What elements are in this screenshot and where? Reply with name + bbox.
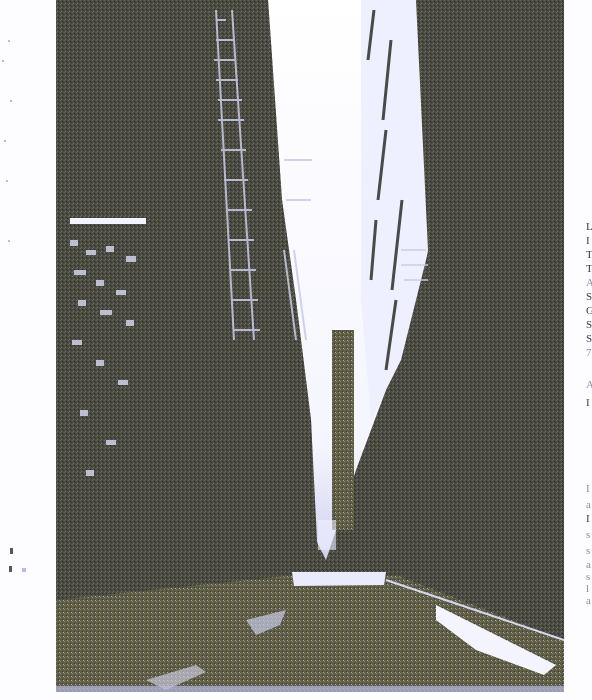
- text-fragment: l: [586, 584, 589, 595]
- street-photo: [56, 0, 564, 692]
- text-fragment: A: [586, 278, 592, 289]
- scan-speck: [2, 60, 4, 62]
- text-fragment: I: [586, 398, 590, 409]
- text-fragment: S: [586, 334, 592, 345]
- photo-illustration: [56, 0, 564, 692]
- text-fragment: 7: [586, 348, 592, 359]
- text-fragment: S: [586, 292, 592, 303]
- text-fragment: I: [586, 484, 590, 495]
- scan-speck: [10, 100, 12, 102]
- text-fragment: T: [586, 264, 592, 275]
- text-fragment: s: [586, 572, 590, 583]
- text-fragment: G: [586, 306, 592, 317]
- text-fragment: I: [586, 236, 590, 247]
- text-fragment: s: [586, 530, 590, 541]
- scan-speck: [10, 548, 13, 554]
- scan-speck: [8, 40, 10, 42]
- text-fragment: a: [586, 596, 591, 607]
- scan-speck: [8, 240, 10, 242]
- scan-speck: [6, 180, 8, 182]
- scan-speck: [4, 140, 6, 142]
- text-fragment: L: [586, 222, 592, 233]
- text-fragment: T: [586, 250, 592, 261]
- scanned-page: L I T T A S G S S 7 A I I a I s s a s l …: [0, 0, 592, 700]
- text-fragment: S: [586, 320, 592, 331]
- text-fragment: I: [586, 514, 590, 525]
- text-fragment: s: [586, 546, 590, 557]
- clipped-text-column: L I T T A S G S S 7 A I I a I s s a s l …: [586, 0, 592, 700]
- text-fragment: a: [586, 560, 591, 571]
- text-fragment: a: [586, 500, 591, 511]
- text-fragment: A: [586, 380, 592, 391]
- scan-speck: [22, 568, 26, 572]
- scan-speck: [9, 566, 12, 572]
